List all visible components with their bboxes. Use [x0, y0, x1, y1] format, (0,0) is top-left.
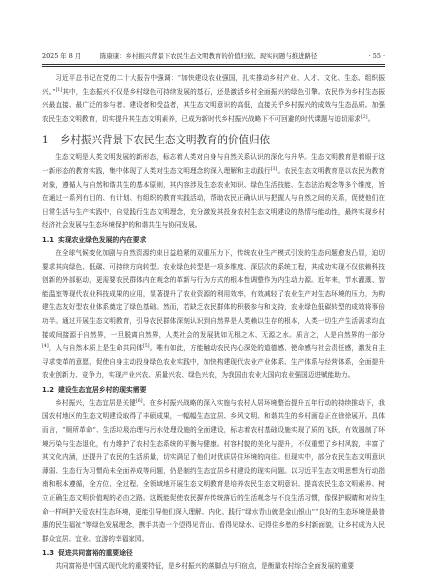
article-body: 习近平总书记在党的二十大报告中强调：“加快建设农业强国，扎实推动乡村产业、人才、…	[42, 72, 385, 574]
intro-paragraph: 习近平总书记在党的二十大报告中强调：“加快建设农业强国，扎实推动乡村产业、人才、…	[42, 72, 385, 126]
issue-date: 2025 年 8 月	[42, 50, 81, 62]
section-1-1-heading: 1.1实现农业绿色发展的内在要求	[42, 234, 385, 247]
citation-2[interactable]: [2]	[361, 115, 368, 120]
section-1-1-paragraph: 在全球气候变化加剧与自然资源约束日益趋紧的双重压力下，传统农业生产模式引发的生态…	[42, 247, 385, 383]
header-rule-top	[42, 64, 385, 65]
running-title: 陈康康：乡村振兴背景下农民生态文明教育的价值归依、现实问题与推进路径	[100, 50, 317, 62]
citation-4[interactable]: [4]	[42, 344, 49, 349]
section-1-3-heading: 1.3促进共同富裕的重要途径	[42, 547, 385, 560]
citation-6[interactable]: [6]	[136, 399, 143, 404]
citation-5[interactable]: [5]	[143, 344, 150, 349]
page-number: · 55 ·	[369, 50, 385, 62]
section-1-3-paragraph: 共同富裕是中国式现代化的重要特征，是乡村振兴的落脚点与归宿点，是衡量农村综合全面…	[42, 560, 385, 574]
section-1-heading: 1乡村振兴背景下农民生态文明教育的价值归依	[42, 132, 385, 148]
section-1-2-paragraph: 乡村振兴，生态宜居是关键[6]。在乡村振兴战略的深入实施与农村人居环境整治提升五…	[42, 397, 385, 547]
running-header: 2025 年 8 月 陈康康：乡村振兴背景下农民生态文明教育的价值归依、现实问题…	[42, 50, 385, 62]
header-rule-bottom	[42, 66, 385, 67]
section-1-2-heading: 1.2建设生态宜居乡村的现实需要	[42, 384, 385, 397]
section-1-paragraph: 生态文明是人类文明发展的新形态，标志着人类对自身与自然关系认识的深化与升华。生态…	[42, 151, 385, 233]
